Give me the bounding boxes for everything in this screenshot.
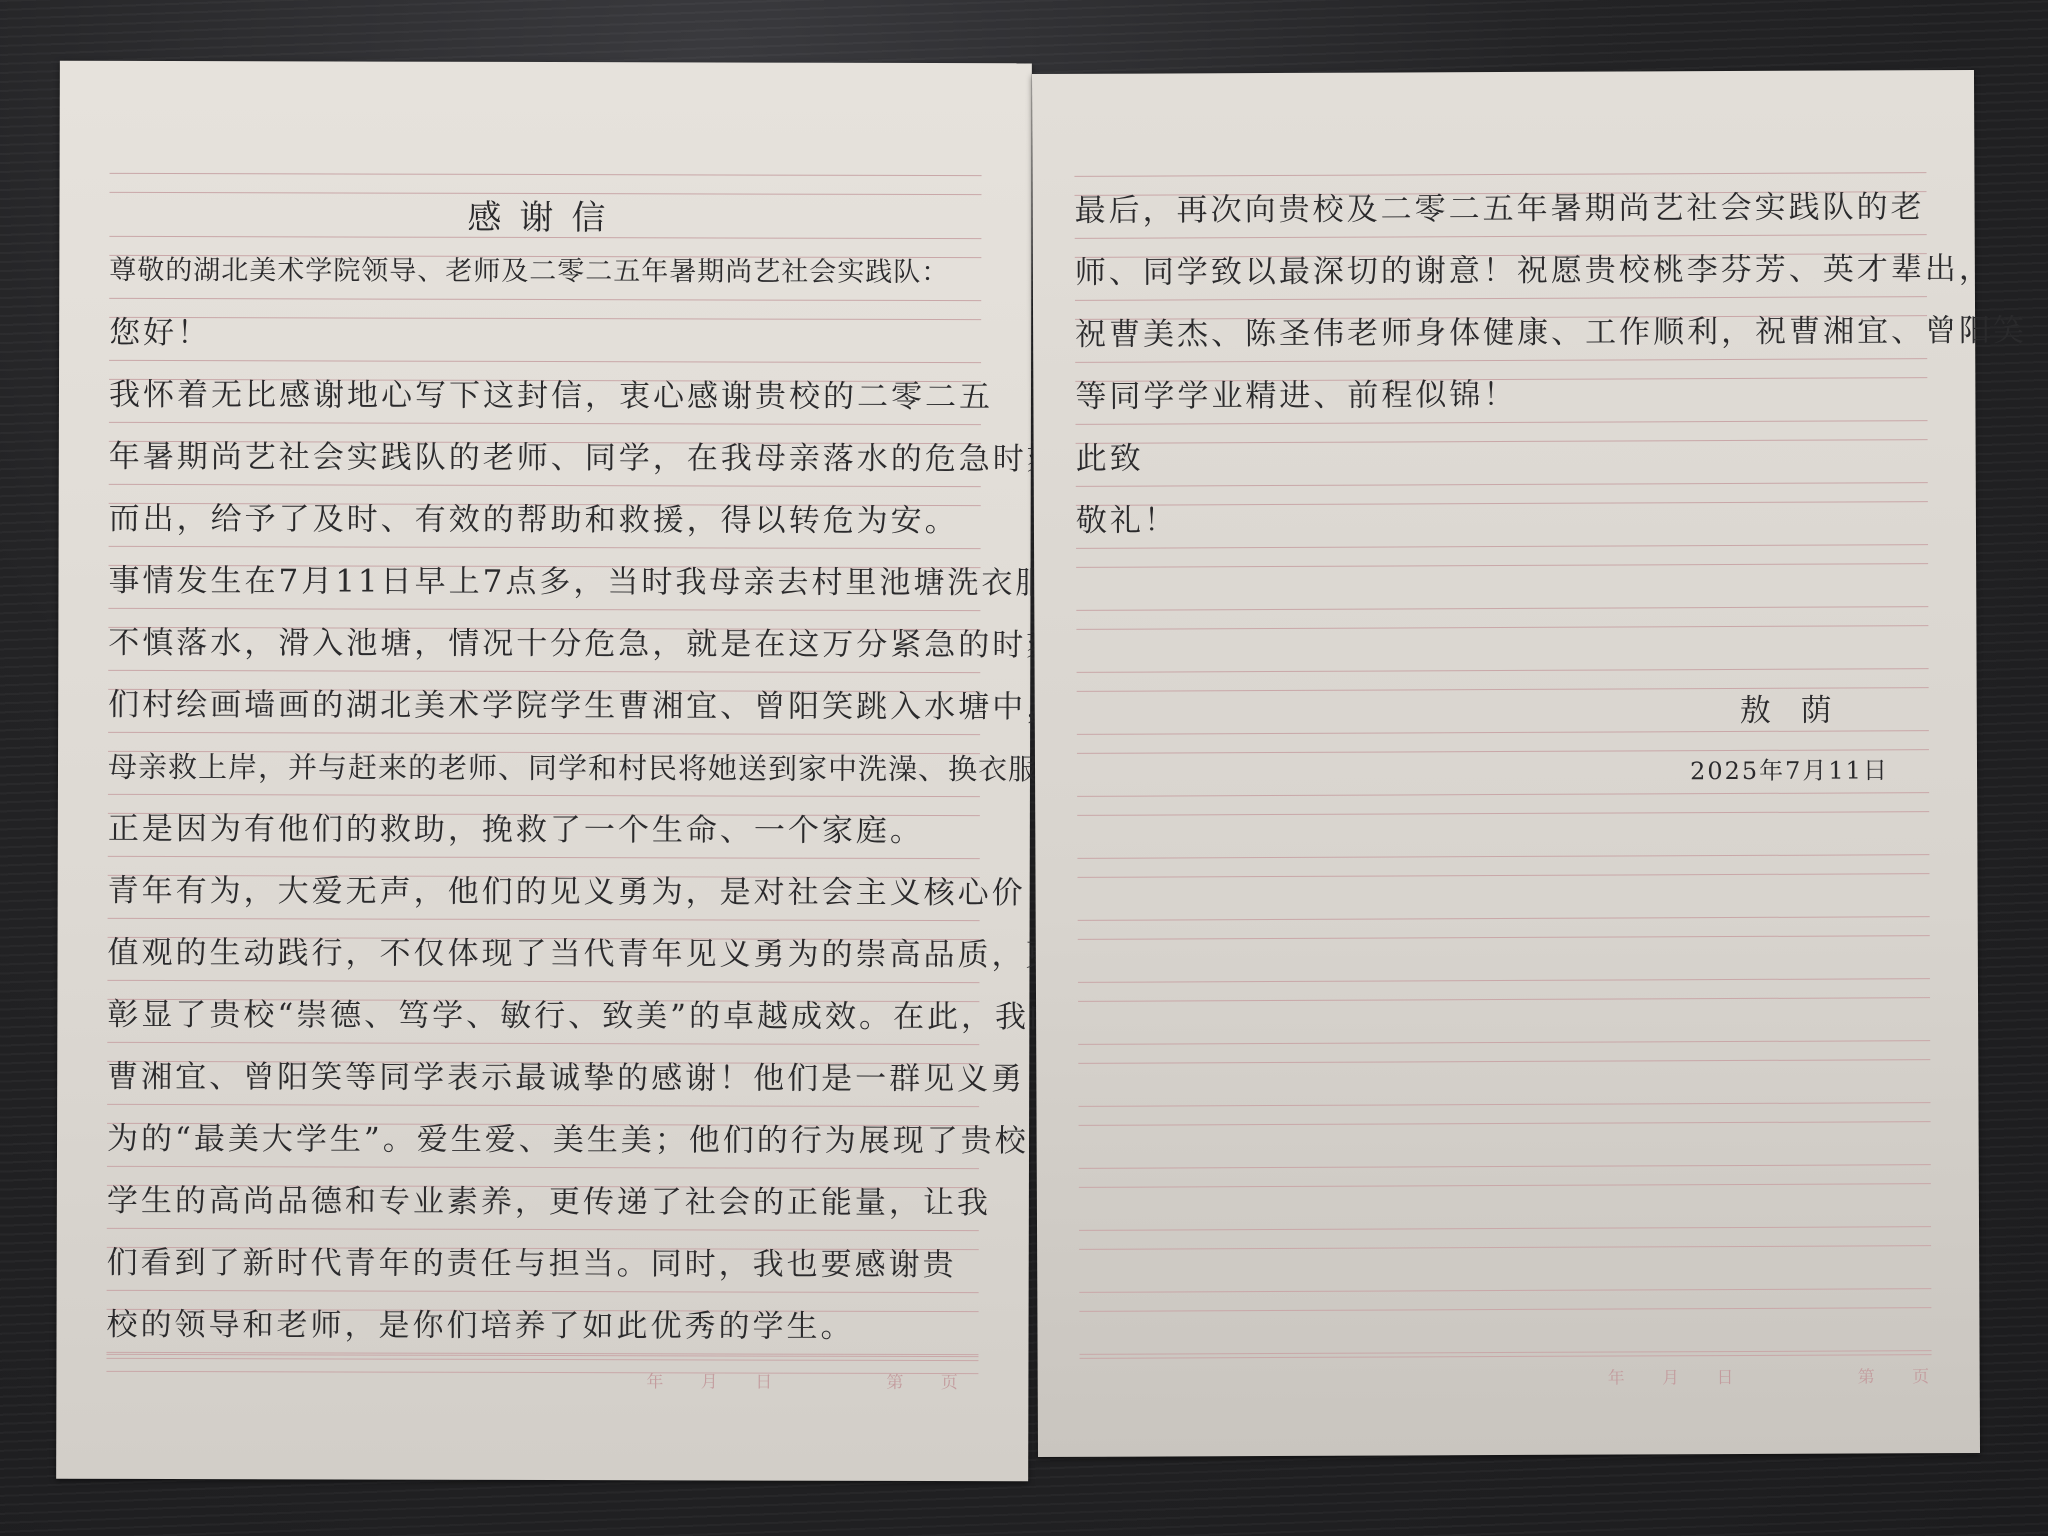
rule-line: [1077, 792, 1929, 816]
footer-date-label: 年 月 日: [1608, 1363, 1750, 1389]
rule-line: [1078, 978, 1930, 1002]
body-line: 正是因为有他们的救助，挽救了一个生命、一个家庭。: [108, 809, 980, 851]
rule-line: [1079, 1164, 1931, 1188]
body-line: 最后，再次向贵校及二零二五年暑期尚艺社会实践队的老: [1074, 187, 1926, 231]
rule-line: [1077, 854, 1929, 878]
letter-page-1: 感谢信 尊敬的湖北美术学院领导、老师及二零二五年暑期尚艺社会实践队： 您好！ 我…: [56, 61, 1032, 1482]
signature: 敖 荫: [1740, 685, 1842, 730]
salutation: 尊敬的湖北美术学院领导、老师及二零二五年暑期尚艺社会实践队：: [109, 251, 981, 293]
body-line: 彰显了贵校“崇德、笃学、敏行、致美”的卓越成效。在此，我向: [107, 995, 979, 1037]
rule-line: [1079, 1226, 1931, 1250]
footer-page-label: 第 页: [886, 1368, 973, 1393]
body-line: 母亲救上岸，并与赶来的老师、同学和村民将她送到家中洗澡、换衣服。: [108, 747, 980, 789]
body-line: 祝曹美杰、陈圣伟老师身体健康、工作顺利，祝曹湘宜、曾阳笑: [1075, 311, 1927, 355]
body-line: 校的领导和老师，是你们培养了如此优秀的学生。: [106, 1305, 978, 1347]
signature-date: 2025年7月11日: [1690, 750, 1889, 786]
footer-page-label: 第 页: [1858, 1362, 1946, 1387]
body-line: 师、同学致以最深切的谢意！祝愿贵校桃李芬芳、英才辈出，: [1075, 249, 1927, 293]
footer-date-label: 年 月 日: [646, 1367, 788, 1392]
rule-line: [1078, 916, 1930, 940]
letter-page-2: 最后，再次向贵校及二零二五年暑期尚艺社会实践队的老 师、同学致以最深切的谢意！祝…: [1032, 70, 1980, 1457]
body-line: 事情发生在7月11日早上7点多，当时我母亲去村里池塘洗衣服: [108, 561, 980, 603]
closing-jingli: 敬礼！: [1076, 497, 1928, 541]
rule-line: [1078, 1040, 1930, 1064]
body-line: 们看到了新时代青年的责任与担当。同时，我也要感谢贵: [107, 1243, 979, 1285]
body-line: 我怀着无比感谢地心写下这封信，衷心感谢贵校的二零二五: [109, 375, 981, 417]
body-line: 不慎落水，滑入池塘，情况十分危急，就是在这万分紧急的时刻，在我: [108, 623, 980, 665]
rule-line: [1076, 544, 1928, 568]
body-line: 等同学学业精进、前程似锦！: [1075, 373, 1927, 417]
body-line: 学生的高尚品德和专业素养，更传递了社会的正能量，让我: [107, 1181, 979, 1223]
body-line: 青年有为，大爱无声，他们的见义勇为，是对社会主义核心价: [108, 871, 980, 913]
closing-cizhi: 此致: [1076, 435, 1928, 479]
rule-line: [1080, 1350, 1932, 1359]
greeting: 您好！: [109, 313, 981, 355]
body-line: 而出，给予了及时、有效的帮助和救援，得以转危为安。: [109, 499, 981, 541]
body-line: 为的“最美大学生”。爱生爱、美生美；他们的行为展现了贵校: [107, 1119, 979, 1161]
body-line: 曹湘宜、曾阳笑等同学表示最诚挚的感谢！他们是一群见义勇: [107, 1057, 979, 1099]
body-line: 年暑期尚艺社会实践队的老师、同学，在我母亲落水的危急时刻挺身: [109, 437, 981, 479]
rule-line: [1076, 606, 1928, 630]
rule-line: [1078, 1102, 1930, 1126]
body-line: 值观的生动践行，不仅体现了当代青年见义勇为的崇高品质，更: [107, 933, 979, 975]
rule-line: [1079, 1288, 1931, 1312]
body-line: 们村绘画墙画的湖北美术学院学生曹湘宜、曾阳笑跳入水塘中，将我: [108, 685, 980, 727]
letter-title: 感谢信: [59, 189, 1031, 241]
